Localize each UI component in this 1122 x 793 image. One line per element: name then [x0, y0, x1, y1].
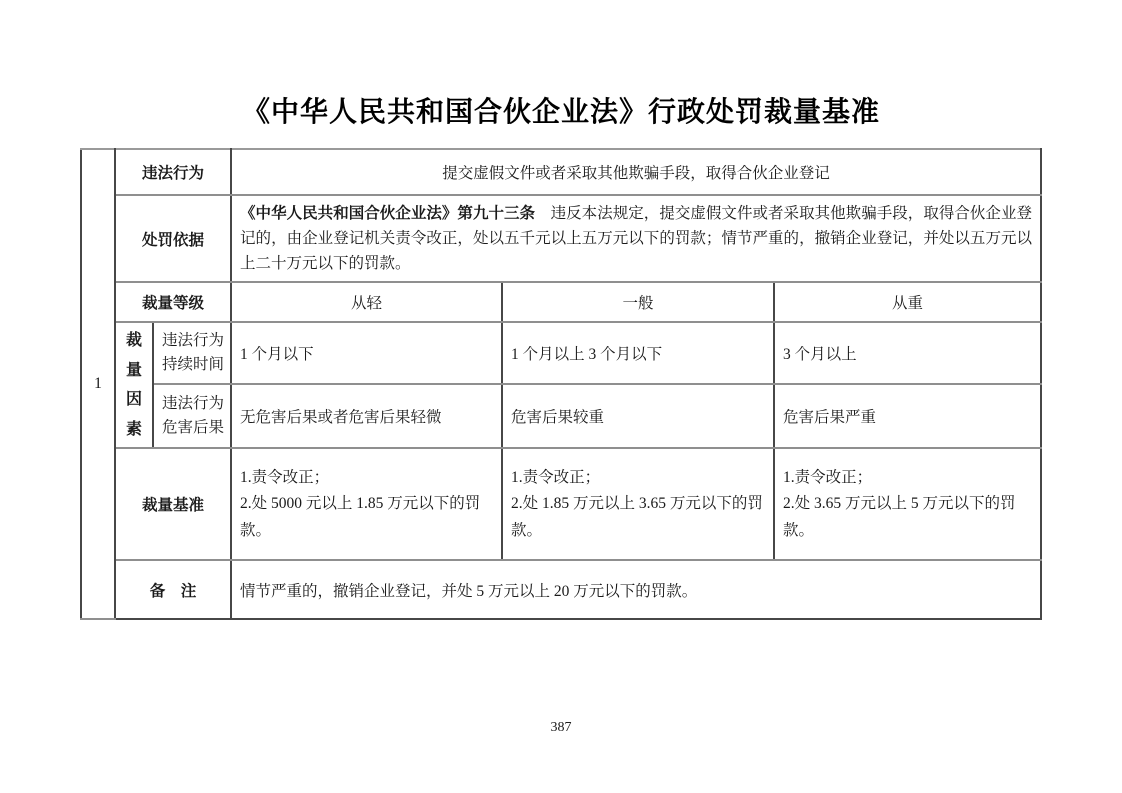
item-number-cell: 1 — [81, 149, 115, 619]
illegal-act-value: 提交虚假文件或者采取其他欺骗手段，取得合伙企业登记 — [231, 149, 1041, 195]
consequence-light: 无危害后果或者危害后果轻微 — [231, 384, 502, 448]
duration-heavy: 3 个月以上 — [774, 322, 1041, 384]
page-title: 《中华人民共和国合伙企业法》行政处罚裁量基准 — [0, 90, 1122, 130]
row-factor-duration: 裁量因素 违法行为持续时间 1 个月以下 1 个月以上 3 个月以下 3 个月以… — [81, 322, 1041, 384]
discretion-benchmark-label: 裁量基准 — [115, 448, 231, 560]
duration-general: 1 个月以上 3 个月以下 — [502, 322, 774, 384]
penalty-basis-value: 《中华人民共和国合伙企业法》第九十三条 违反本法规定，提交虚假文件或者采取其他欺… — [231, 195, 1041, 282]
factor-duration-label: 违法行为持续时间 — [153, 322, 231, 384]
row-discretion-level: 裁量等级 从轻 一般 从重 — [81, 282, 1041, 322]
row-remarks: 备 注 情节严重的，撤销企业登记，并处 5 万元以上 20 万元以下的罚款。 — [81, 560, 1041, 619]
duration-light: 1 个月以下 — [231, 322, 502, 384]
benchmark-light: 1.责令改正； 2.处 5000 元以上 1.85 万元以下的罚款。 — [231, 448, 502, 560]
factor-consequence-label: 违法行为危害后果 — [153, 384, 231, 448]
row-factor-consequence: 违法行为危害后果 无危害后果或者危害后果轻微 危害后果较重 危害后果严重 — [81, 384, 1041, 448]
consequence-heavy: 危害后果严重 — [774, 384, 1041, 448]
discretion-level-label: 裁量等级 — [115, 282, 231, 322]
level-heavy: 从重 — [774, 282, 1041, 322]
penalty-basis-article: 《中华人民共和国合伙企业法》第九十三条 — [240, 205, 535, 222]
level-light: 从轻 — [231, 282, 502, 322]
row-discretion-benchmark: 裁量基准 1.责令改正； 2.处 5000 元以上 1.85 万元以下的罚款。 … — [81, 448, 1041, 560]
row-penalty-basis: 处罚依据 《中华人民共和国合伙企业法》第九十三条 违反本法规定，提交虚假文件或者… — [81, 195, 1041, 282]
penalty-discretion-table: 1 违法行为 提交虚假文件或者采取其他欺骗手段，取得合伙企业登记 处罚依据 《中… — [80, 148, 1042, 620]
consequence-general: 危害后果较重 — [502, 384, 774, 448]
level-general: 一般 — [502, 282, 774, 322]
document-page: 《中华人民共和国合伙企业法》行政处罚裁量基准 1 违法行为 提交虚假文件或者采取… — [0, 0, 1122, 793]
discretion-factors-label: 裁量因素 — [115, 322, 153, 448]
remarks-label: 备 注 — [115, 560, 231, 619]
page-number: 387 — [0, 720, 1122, 736]
benchmark-heavy: 1.责令改正； 2.处 3.65 万元以上 5 万元以下的罚款。 — [774, 448, 1041, 560]
benchmark-general: 1.责令改正； 2.处 1.85 万元以上 3.65 万元以下的罚款。 — [502, 448, 774, 560]
row-illegal-act: 1 违法行为 提交虚假文件或者采取其他欺骗手段，取得合伙企业登记 — [81, 149, 1041, 195]
penalty-basis-label: 处罚依据 — [115, 195, 231, 282]
remarks-value: 情节严重的，撤销企业登记，并处 5 万元以上 20 万元以下的罚款。 — [231, 560, 1041, 619]
illegal-act-label: 违法行为 — [115, 149, 231, 195]
